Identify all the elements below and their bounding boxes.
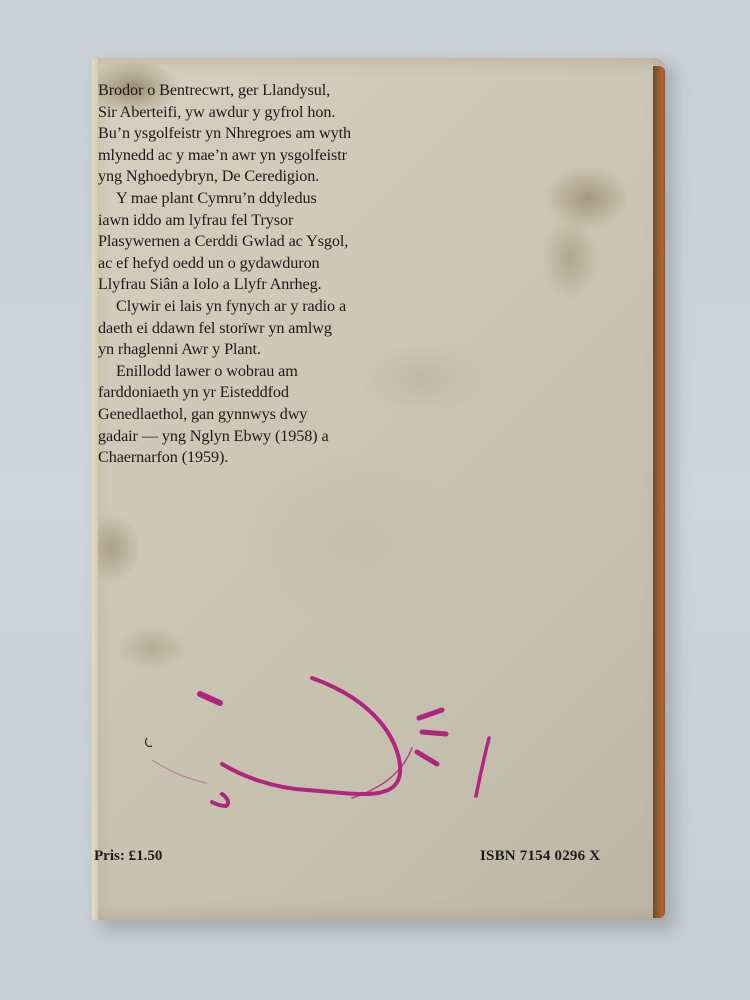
book-back-cover: Brodor o Bentrecwrt, ger Llandysul, Sir … [92, 58, 665, 920]
price-label: Pris: £1.50 [94, 848, 162, 865]
pink-marker-scribble [92, 58, 665, 920]
isbn-label: ISBN 7154 0296 X [480, 848, 600, 865]
